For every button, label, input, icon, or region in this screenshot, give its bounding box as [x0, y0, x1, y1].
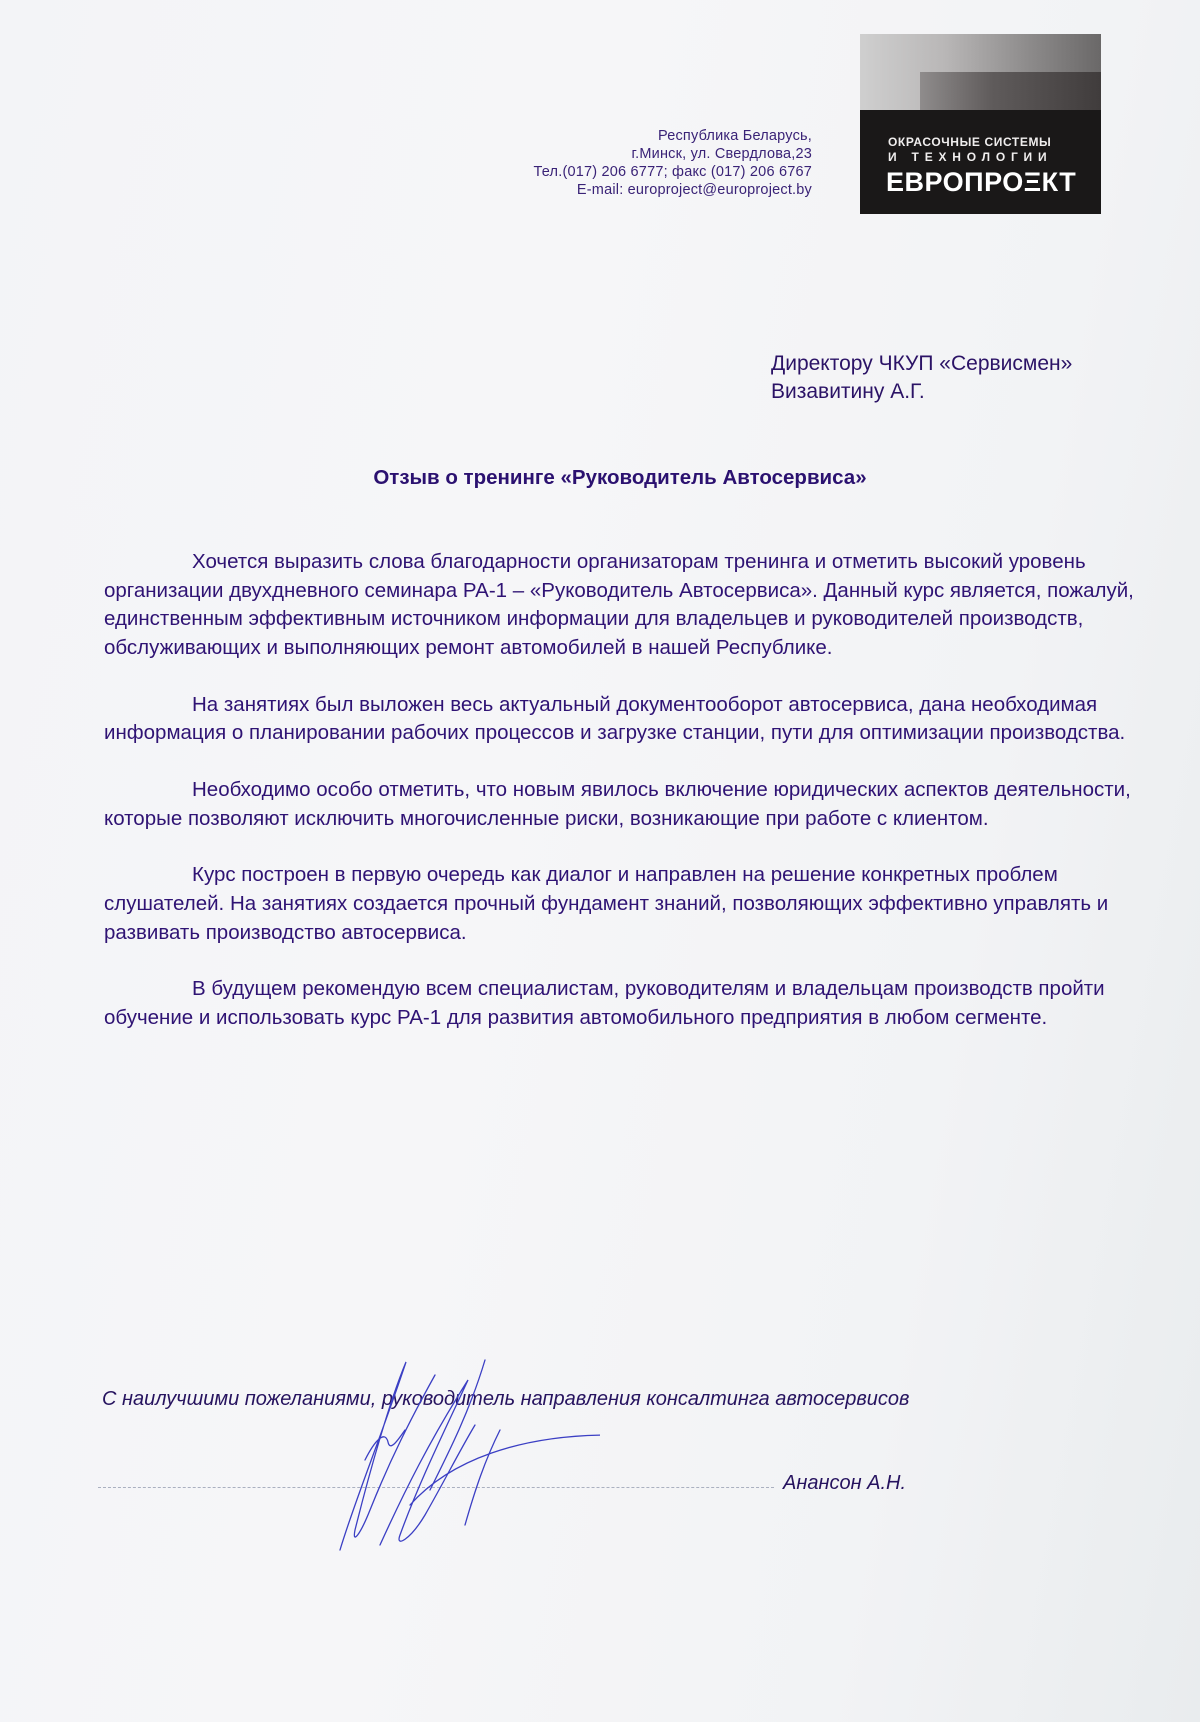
paragraph: Хочется выразить слова благодарности орг…	[104, 548, 1139, 662]
addressee-block: Директору ЧКУП «Сервисмен» Визавитину А.…	[771, 350, 1072, 406]
addressee-position: Директору ЧКУП «Сервисмен»	[771, 350, 1072, 378]
paragraph: На занятиях был выложен весь актуальный …	[104, 691, 1139, 748]
logo-brand-name: ЕВРОПРОΞКТ	[886, 167, 1076, 198]
paragraph: Необходимо особо отметить, что новым яви…	[104, 776, 1139, 833]
letter-title: Отзыв о тренинге «Руководитель Автосерви…	[0, 466, 1200, 490]
sender-email: E-mail: europroject@europroject.by	[534, 181, 812, 199]
letter-page: Республика Беларусь, г.Минск, ул. Свердл…	[0, 0, 1200, 1722]
signer-name: Анансон А.Н.	[783, 1472, 906, 1495]
sender-street: г.Минск, ул. Свердлова,23	[534, 145, 812, 163]
logo-gradient-band	[920, 72, 1101, 110]
sender-phone-fax: Тел.(017) 206 6777; факс (017) 206 6767	[534, 163, 812, 181]
addressee-name: Визавитину А.Г.	[771, 378, 1072, 406]
logo-tagline-1: ОКРАСОЧНЫЕ СИСТЕМЫ	[888, 135, 1051, 149]
paragraph: Курс построен в первую очередь как диало…	[104, 861, 1139, 947]
sender-address-block: Республика Беларусь, г.Минск, ул. Свердл…	[534, 127, 812, 199]
handwritten-signature-icon	[260, 1330, 600, 1580]
logo-tagline-2: И ТЕХНОЛОГИИ	[888, 150, 1052, 164]
sender-country: Республика Беларусь,	[534, 127, 812, 145]
paragraph: В будущем рекомендую всем специалистам, …	[104, 975, 1139, 1032]
company-logo: ОКРАСОЧНЫЕ СИСТЕМЫ И ТЕХНОЛОГИИ ЕВРОПРОΞ…	[860, 34, 1101, 214]
letter-body: Хочется выразить слова благодарности орг…	[104, 548, 1139, 1061]
